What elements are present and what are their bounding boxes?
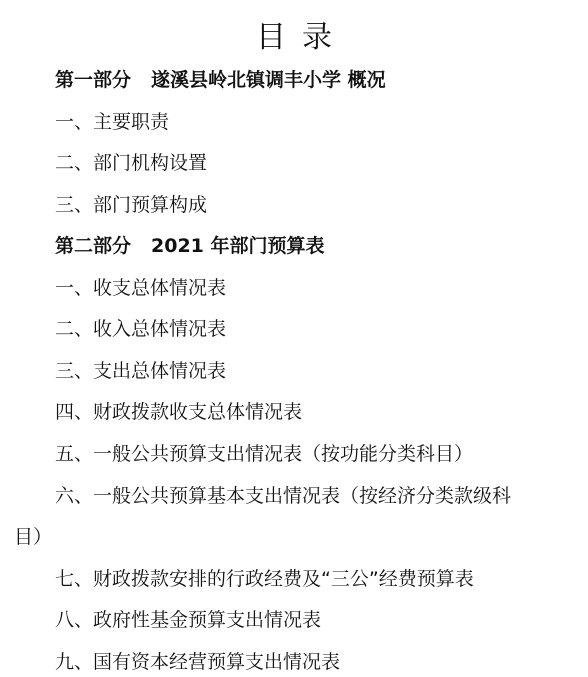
part-1-title: 遂溪县岭北镇调丰小学 概况 (151, 69, 386, 91)
title-char-2: 录 (302, 20, 332, 55)
toc-part-1-heading[interactable]: 第一部分遂溪县岭北镇调丰小学 概况 (55, 67, 386, 93)
toc-item[interactable]: 五、一般公共预算支出情况表（按功能分类科目） (55, 441, 473, 467)
toc-item[interactable]: 三、部门预算构成 (55, 192, 207, 218)
toc-item[interactable]: 七、财政拨款安排的行政经费及“三公”经费预算表 (55, 566, 474, 592)
toc-part-2-heading[interactable]: 第二部分2021 年部门预算表 (55, 233, 325, 259)
toc-item[interactable]: 四、财政拨款收支总体情况表 (55, 399, 302, 425)
toc-item[interactable]: 一、主要职责 (55, 109, 169, 135)
toc-item[interactable]: 二、收入总体情况表 (55, 316, 226, 342)
toc-item[interactable]: 九、国有资本经营预算支出情况表 (55, 649, 340, 675)
page-title: 目录 (0, 18, 588, 58)
toc-item-continuation[interactable]: 目） (14, 524, 52, 550)
toc-item[interactable]: 一、收支总体情况表 (55, 275, 226, 301)
part-1-label: 第一部分 (55, 69, 131, 91)
part-2-label: 第二部分 (55, 235, 131, 257)
title-char-1: 目 (256, 20, 286, 55)
part-2-title: 2021 年部门预算表 (151, 235, 325, 257)
toc-item[interactable]: 八、政府性基金预算支出情况表 (55, 607, 321, 633)
toc-item[interactable]: 六、一般公共预算基本支出情况表（按经济分类款级科 (55, 483, 511, 509)
toc-item[interactable]: 二、部门机构设置 (55, 150, 207, 176)
toc-item[interactable]: 三、支出总体情况表 (55, 358, 226, 384)
